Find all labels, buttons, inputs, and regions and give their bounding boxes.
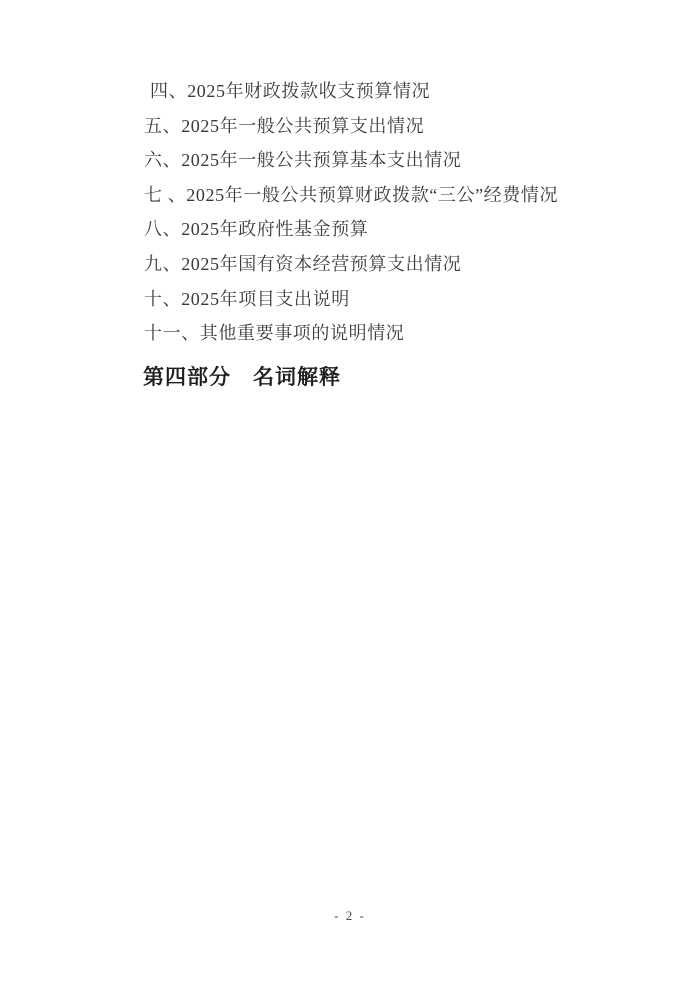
toc-item: 八、2025年政府性基金预算 bbox=[144, 212, 640, 247]
section-heading: 第四部分 名词解释 bbox=[143, 363, 341, 393]
toc-item: 六、2025年一般公共预算基本支出情况 bbox=[144, 143, 640, 178]
toc-item: 七 、2025年一般公共预算财政拨款“三公”经费情况 bbox=[144, 178, 640, 213]
page-footer: - 2 - bbox=[0, 907, 700, 925]
document-page: 四、2025年财政拨款收支预算情况 五、2025年一般公共预算支出情况 六、20… bbox=[0, 0, 700, 990]
toc-item: 十一、其他重要事项的说明情况 bbox=[144, 316, 640, 351]
toc-list: 四、2025年财政拨款收支预算情况 五、2025年一般公共预算支出情况 六、20… bbox=[144, 74, 640, 351]
page-number: - 2 - bbox=[334, 908, 366, 923]
toc-item: 十、2025年项目支出说明 bbox=[144, 282, 640, 317]
toc-item: 四、2025年财政拨款收支预算情况 bbox=[144, 74, 640, 109]
toc-item: 九、2025年国有资本经营预算支出情况 bbox=[144, 247, 640, 282]
toc-item: 五、2025年一般公共预算支出情况 bbox=[144, 109, 640, 144]
